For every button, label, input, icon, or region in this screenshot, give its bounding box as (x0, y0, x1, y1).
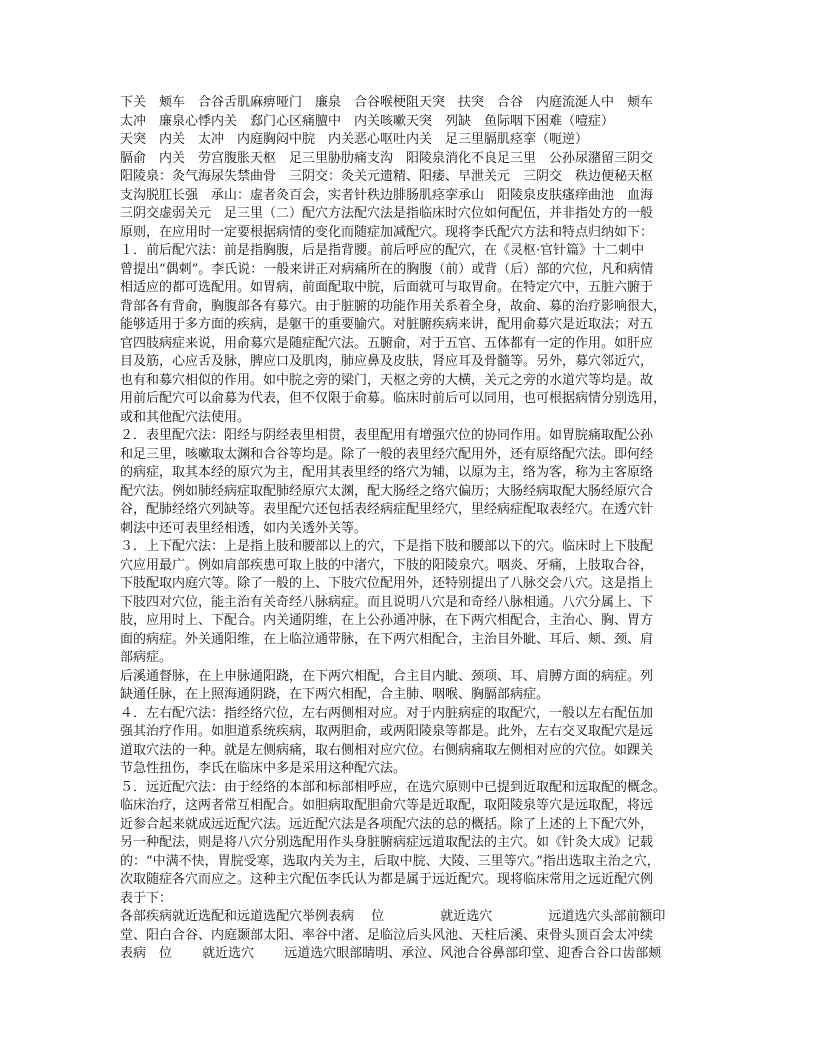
text-line: １．前后配穴法：前是指胸腹，后是指背腰。前后呼应的配穴，在《灵枢·官针篇》十二刺… (120, 242, 698, 261)
text-line: 各部疾病就近选配和远道选配穴举例表病 位 就近选穴 远道选穴头部前额印 (120, 908, 698, 927)
text-line: 膈俞 内关 劳宫腹胀天枢 足三里胁肋痛支沟 阳陵泉消化不良足三里 公孙尿潴留三阴… (120, 150, 698, 169)
document-page: 下关 颊车 合谷舌肌麻痹哑门 廉泉 合谷喉梗阻天突 扶突 合谷 内庭流涎人中 颊… (120, 94, 698, 964)
text-line: 堂、阳白合谷、内庭颞部太阳、率谷中渚、足临泣后头风池、天柱后溪、束骨头顶百会太冲… (120, 927, 698, 946)
text-line: 相适应的都可选配用。如胃病，前面配取中脘，后面就可与取胃俞。在特定穴中，五脏六腑… (120, 279, 698, 298)
text-line: 临床治疗，这两者常互相配合。如胆病取配胆俞穴等是近取配，取阳陵泉等穴是远取配，将… (120, 797, 698, 816)
text-line: 配穴法。例如肺经病症取配肺经原穴太渊，配大肠经之络穴偏历；大肠经病取配大肠经原穴… (120, 483, 698, 502)
text-line: 另一种配法，则是将八穴分别选配用作头身脏腑病症远道取配法的主穴。如《针灸大成》记… (120, 834, 698, 853)
text-line: 表于下： (120, 890, 698, 909)
text-line: ５．远近配穴法：由于经络的本部和标部相呼应，在选穴原则中已提到近取配和远取配的概… (120, 779, 698, 798)
text-line: 下肢配取内庭穴等。除了一般的上、下肢穴位配用外，还特别提出了八脉交会八穴。这是指… (120, 575, 698, 594)
text-line: 也有和募穴相似的作用。如中脘之旁的梁门，天枢之旁的大横，关元之旁的水道穴等均是。… (120, 372, 698, 391)
text-line: 次取随症各穴而应之。这种主穴配伍李氏认为都是属于远近配穴。现将临床常用之远近配穴… (120, 871, 698, 890)
text-line: 表病 位 就近选穴 远道选穴眼部睛明、承泣、风池合谷鼻部印堂、迎香合谷口齿部颊 (120, 945, 698, 964)
text-line: 或和其他配穴法使用。 (120, 409, 698, 428)
text-line: 的病症，取其本经的原穴为主，配用其表里经的络穴为辅，以原为主，络为客，称为主客原… (120, 464, 698, 483)
text-line: 太冲 廉泉心悸内关 郄门心区痛膻中 内关咳嗽天突 列缺 鱼际咽下困难（噎症） (120, 113, 698, 132)
text-line: 目及筋，心应舌及脉，脾应口及肌肉，肺应鼻及皮肤，肾应耳及骨髓等。另外，募穴邻近穴… (120, 353, 698, 372)
text-line: 阳陵泉：灸气海尿失禁曲骨 三阴交：灸关元遗精、阳痿、早泄关元 三阴交 秩边便秘天… (120, 168, 698, 187)
text-line: 和足三里，咳嗽取太渊和合谷等均是。除了一般的表里经穴配用外，还有原络配穴法。即何… (120, 446, 698, 465)
text-line: 官四肢病症来说，用俞募穴是随症配穴法。五腑俞，对于五官、五体都有一定的作用。如肝… (120, 335, 698, 354)
text-line: 节急性扭伤，李氏在临床中多是采用这种配穴法。 (120, 760, 698, 779)
text-line: 部病症。 (120, 649, 698, 668)
text-line: 原则，在应用时一定要根据病情的变化而随症加减配穴。现将李氏配穴方法和特点归纳如下… (120, 224, 698, 243)
text-line: ４．左右配穴法：指经络穴位，左右两侧相对应。对于内脏病症的取配穴，一般以左右配伍… (120, 705, 698, 724)
text-line: 曾提出“偶刺”。李氏说：一般来讲正对病痛所在的胸腹（前）或背（后）部的穴位，凡和… (120, 261, 698, 280)
text-line: 穴应用最广。例如肩部疾患可取上肢的中渚穴，下肢的阳陵泉穴。咽炎、牙痛，上肢取合谷… (120, 557, 698, 576)
text-line: 刺法中还可表里经相透，如内关透外关等。 (120, 520, 698, 539)
text-line: ３．上下配穴法：上是指上肢和腰部以上的穴，下是指下肢和腰部以下的穴。临床时上下肢… (120, 538, 698, 557)
text-line: 谷，配肺经络穴列缺等。表里配穴还包括表经病症配里经穴，里经病症配取表经穴。在透穴… (120, 501, 698, 520)
text-line: ２．表里配穴法：阳经与阴经表里相贯，表里配用有增强穴位的协同作用。如胃脘痛取配公… (120, 427, 698, 446)
text-line: 缺通任脉，在上照海通阴跷，在下两穴相配，合主肺、咽喉、胸膈部病症。 (120, 686, 698, 705)
text-line: 下肢四对穴位，能主治有关奇经八脉病症。而且说明八穴是和奇经八脉相通。八穴分属上、… (120, 594, 698, 613)
text-line: 道取穴法的一种。就是左侧病痛，取右侧相对应穴位。右侧病痛取左侧相对应的穴位。如踝… (120, 742, 698, 761)
text-line: 背部各有背俞，胸腹部各有募穴。由于脏腑的功能作用关系着全身，故俞、募的治疗影响很… (120, 298, 698, 317)
text-line: 近参合起来就成远近配穴法。远近配穴法是各项配穴法的总的概括。除了上述的上下配穴外… (120, 816, 698, 835)
text-line: 天突 内关 太冲 内庭胸闷中脘 内关恶心呕吐内关 足三里膈肌痉挛（呃逆） (120, 131, 698, 150)
text-line: 强其治疗作用。如胆道系统疾病，取两胆俞，或两阳陵泉等都是。此外，左右交叉取配穴是… (120, 723, 698, 742)
text-line: 面的病症。外关通阳维，在上临泣通带脉，在下两穴相配合，主治目外眦、耳后、颊、颈、… (120, 631, 698, 650)
text-line: 肢，应用时上、下配合。内关通阴维，在上公孙通冲脉，在下两穴相配合，主治心、胸、胃… (120, 612, 698, 631)
text-line: 后溪通督脉，在上申脉通阳跷，在下两穴相配，合主目内眦、颈项、耳、肩膊方面的病症。… (120, 668, 698, 687)
text-line: 三阴交虚弱关元 足三里（二）配穴方法配穴法是指临床时穴位如何配伍，并非指处方的一… (120, 205, 698, 224)
text-line: 支沟脱肛长强 承山：虚者灸百会，实者针秩边腓肠肌痉挛承山 阳陵泉皮肤瘙痒曲池 血… (120, 187, 698, 206)
text-line: 能够适用于多方面的疾病，是躯干的重要腧穴。对脏腑疾病来讲，配用俞募穴是近取法；对… (120, 316, 698, 335)
text-line: 的：“中满不快，胃脘受寒，选取内关为主，后取中脘、大陵、三里等穴。”指出选取主治… (120, 853, 698, 872)
text-line: 用前后配穴可以俞募为代表，但不仅限于俞募。临床时前后可以同用，也可根据病情分别选… (120, 390, 698, 409)
text-line: 下关 颊车 合谷舌肌麻痹哑门 廉泉 合谷喉梗阻天突 扶突 合谷 内庭流涎人中 颊… (120, 94, 698, 113)
